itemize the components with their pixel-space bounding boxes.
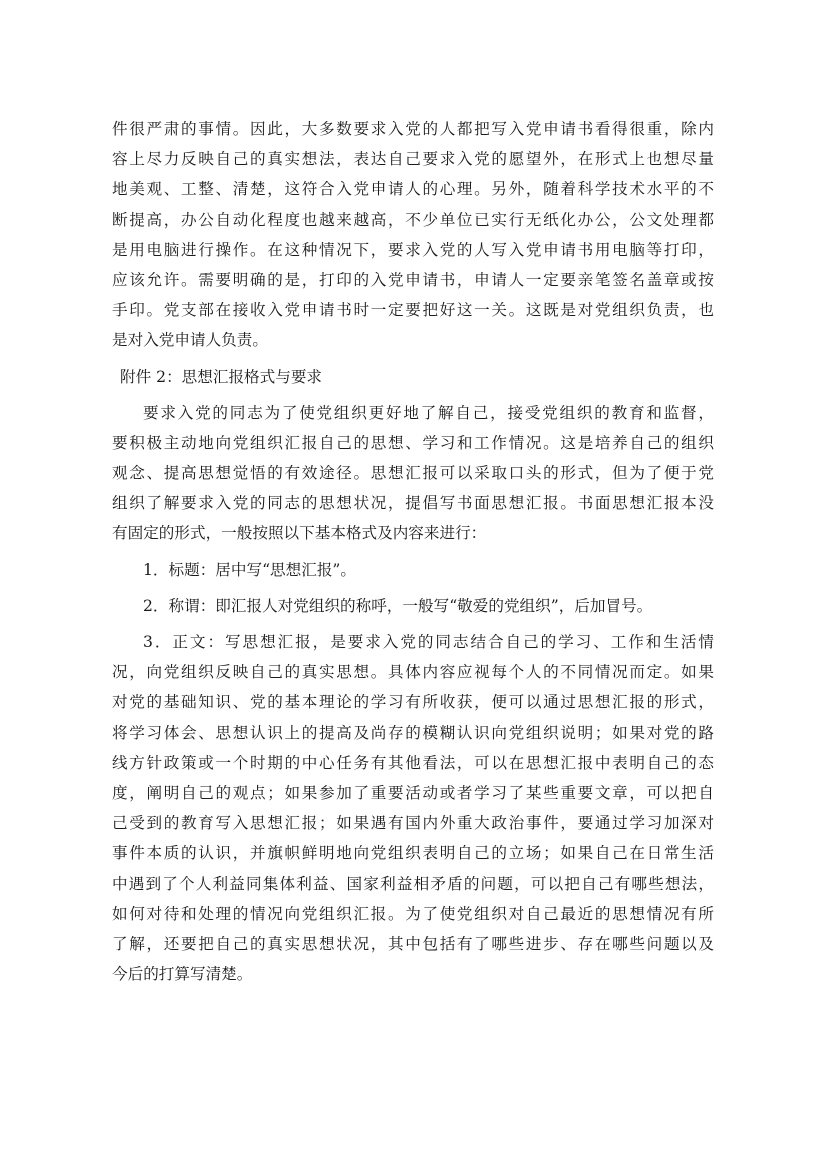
text-line: 件很严肃的事情。因此，大多数要求入党的人都把写入党申请书看得很重，除内 [112, 114, 714, 144]
text-line: 容上尽力反映自己的真实想法，表达自己要求入党的愿望外，在形式上也想尽量 [112, 144, 714, 174]
text-line: 度，阐明自己的观点；如果参加了重要活动或者学习了某些重要文章，可以把自 [112, 778, 714, 808]
text-line: 今后的打算写清楚。 [112, 959, 714, 989]
section-heading: 附件 2：思想汇报格式与要求 [112, 362, 714, 392]
list-item-body: 3．正文：写思想汇报，是要求入党的同志结合自己的学习、工作和生活情 况，向党组织… [112, 627, 714, 989]
text-line: 应该允许。需要明确的是，打印的入党申请书，申请人一定要亲笔签名盖章或按 [112, 265, 714, 295]
text-line: 是用电脑进行操作。在这种情况下，要求入党的人写入党申请书用电脑等打印， [112, 235, 714, 265]
document-page: 件很严肃的事情。因此，大多数要求入党的人都把写入党申请书看得很重，除内 容上尽力… [112, 114, 714, 989]
paragraph-thought-report-intro: 要求入党的同志为了使党组织更好地了解自己，接受党组织的教育和监督， 要积极主动地… [112, 398, 714, 549]
text-line: 如何对待和处理的情况向党组织汇报。为了使党组织对自己最近的思想情况有所 [112, 899, 714, 929]
text-line: 将学习体会、思想认识上的提高及尚存的模糊认识向党组织说明；如果对党的路 [112, 718, 714, 748]
text-line: 是对入党申请人负责。 [112, 325, 714, 355]
text-line: 要积极主动地向党组织汇报自己的思想、学习和工作情况。这是培养自己的组织 [112, 428, 714, 458]
text-line: 观念、提高思想觉悟的有效途径。思想汇报可以采取口头的形式，但为了便于党 [112, 458, 714, 488]
text-line: 了解，还要把自己的真实思想状况，其中包括有了哪些进步、存在哪些问题以及 [112, 929, 714, 959]
text-line: 线方针政策或一个时期的中心任务有其他看法，可以在思想汇报中表明自己的态 [112, 748, 714, 778]
text-line: 对党的基础知识、党的基本理论的学习有所收获，便可以通过思想汇报的形式， [112, 687, 714, 717]
paragraph-printed-application: 件很严肃的事情。因此，大多数要求入党的人都把写入党申请书看得很重，除内 容上尽力… [112, 114, 714, 356]
list-item-title: 1．标题：居中写“思想汇报”。 [112, 555, 714, 585]
text-line: 要求入党的同志为了使党组织更好地了解自己，接受党组织的教育和监督， [112, 398, 714, 428]
list-item-salutation: 2．称谓：即汇报人对党组织的称呼，一般写“敬爱的党组织”，后加冒号。 [112, 591, 714, 621]
text-line: 3．正文：写思想汇报，是要求入党的同志结合自己的学习、工作和生活情 [112, 627, 714, 657]
text-line: 地美观、工整、清楚，这符合入党申请人的心理。另外，随着科学技术水平的不 [112, 174, 714, 204]
text-line: 中遇到了个人利益同集体利益、国家利益相矛盾的问题，可以把自己有哪些想法， [112, 869, 714, 899]
text-line: 断提高，办公自动化程度也越来越高，不少单位已实行无纸化办公，公文处理都 [112, 205, 714, 235]
text-line: 组织了解要求入党的同志的思想状况，提倡写书面思想汇报。书面思想汇报本没 [112, 488, 714, 518]
text-line: 手印。党支部在接收入党申请书时一定要把好这一关。这既是对党组织负责，也 [112, 295, 714, 325]
text-line: 况，向党组织反映自己的真实思想。具体内容应视每个人的不同情况而定。如果 [112, 657, 714, 687]
text-line: 己受到的教育写入思想汇报；如果遇有国内外重大政治事件，要通过学习加深对 [112, 808, 714, 838]
text-line: 事件本质的认识，并旗帜鲜明地向党组织表明自己的立场；如果自己在日常生活 [112, 838, 714, 868]
text-line: 有固定的形式，一般按照以下基本格式及内容来进行： [112, 518, 714, 548]
